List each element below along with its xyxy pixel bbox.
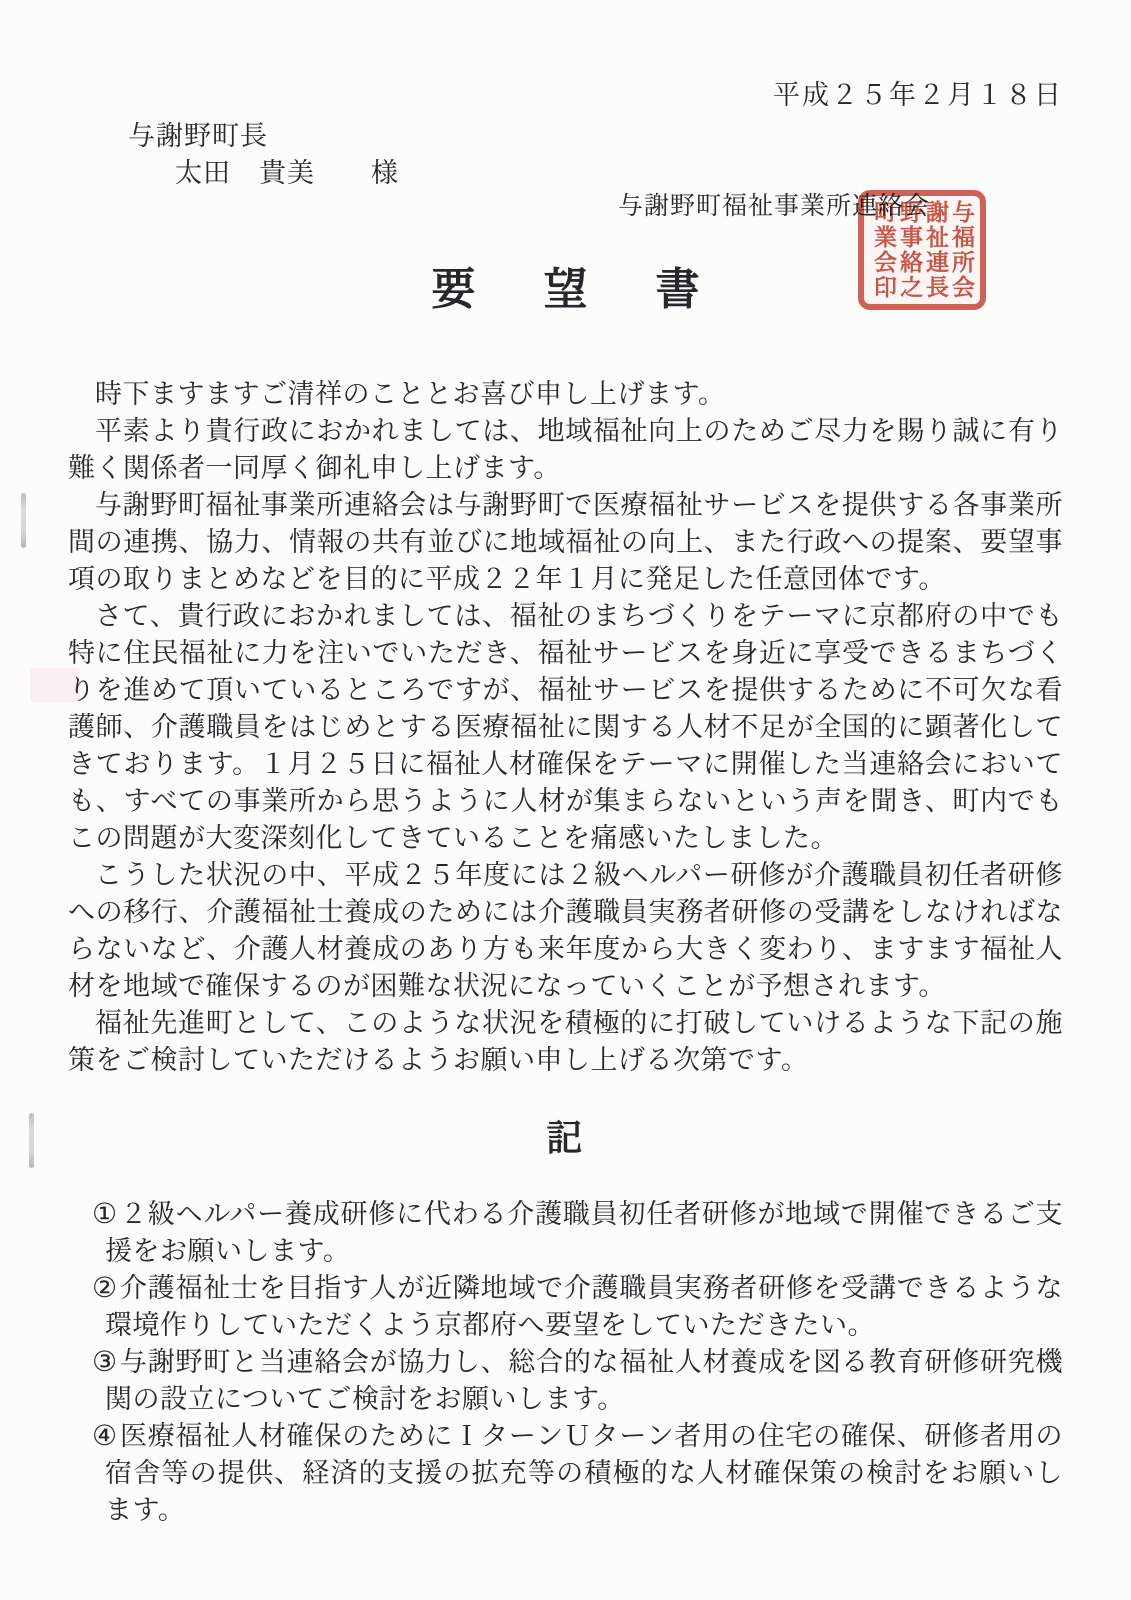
- document-page: 平成２５年２月１８日 与謝野町長 太田 貴美 様 与謝野町福祉事業所連絡会 与謝…: [0, 0, 1131, 1600]
- seal-column-1: 与謝野町: [870, 200, 974, 225]
- letter-body: 時下ますますご清祥のこととお喜び申し上げます。 平素より貴行政におかれましては、…: [68, 376, 1063, 1079]
- item-text: 介護福祉士を目指す人が近隣地域で介護職員実務者研修を受講できるような環境作りして…: [105, 1273, 1063, 1340]
- request-list: ①２級ヘルパー養成研修に代わる介護職員初任者研修が地域で開催できるご支援をお願い…: [68, 1196, 1063, 1529]
- section-heading-ki: 記: [68, 1116, 1063, 1160]
- body-paragraph: さて、貴行政におかれましては、福祉のまちづくりをテーマに京都府の中でも特に住民福…: [68, 598, 1063, 857]
- addressee-name: 太田 貴美 様: [68, 155, 1063, 192]
- item-text: 与謝野町と当連絡会が協力し、総合的な福祉人材養成を図る教育研修研究機関の設立につ…: [105, 1347, 1063, 1414]
- item-number-icon: ①: [92, 1196, 118, 1233]
- item-number-icon: ④: [92, 1418, 118, 1455]
- addressee-title: 与謝野町長: [68, 118, 1063, 155]
- staple-mark-top: [21, 493, 26, 548]
- body-paragraph: 平素より貴行政におかれましては、地域福祉向上のためご尽力を賜り誠に有り難く関係者…: [68, 413, 1063, 487]
- seal-column-4: 会長之印: [870, 275, 974, 300]
- organization-seal-stamp: 与謝野町 福祉事業 所連絡会 会長之印: [858, 190, 986, 310]
- body-paragraph: 与謝野町福祉事業所連絡会は与謝野町で医療福祉サービスを提供する各事業所間の連携、…: [68, 487, 1063, 598]
- item-text: ２級ヘルパー養成研修に代わる介護職員初任者研修が地域で開催できるご支援をお願いし…: [105, 1199, 1063, 1266]
- letter-content: 平成２５年２月１８日 与謝野町長 太田 貴美 様 与謝野町福祉事業所連絡会 与謝…: [68, 77, 1063, 1529]
- request-item: ①２級ヘルパー養成研修に代わる介護職員初任者研修が地域で開催できるご支援をお願い…: [68, 1196, 1063, 1270]
- seal-column-2: 福祉事業: [870, 225, 974, 250]
- seal-column-3: 所連絡会: [870, 250, 974, 275]
- item-number-icon: ②: [92, 1270, 118, 1307]
- seal-text: 与謝野町 福祉事業 所連絡会 会長之印: [870, 200, 974, 300]
- body-paragraph: こうした状況の中、平成２５年度には２級ヘルパー研修が介護職員初任者研修への移行、…: [68, 857, 1063, 1005]
- body-paragraph: 福祉先進町として、このような状況を積極的に打破していけるような下記の施策をご検討…: [68, 1005, 1063, 1079]
- staple-mark-bottom: [29, 1113, 34, 1168]
- request-item: ③与謝野町と当連絡会が協力し、総合的な福祉人材養成を図る教育研修研究機関の設立に…: [68, 1344, 1063, 1418]
- item-text: 医療福祉人材確保のためにＩターンＵターン者用の住宅の確保、研修者用の宿舎等の提供…: [105, 1421, 1063, 1525]
- body-paragraph: 時下ますますご清祥のこととお喜び申し上げます。: [68, 376, 1063, 413]
- request-item: ②介護福祉士を目指す人が近隣地域で介護職員実務者研修を受講できるような環境作りし…: [68, 1270, 1063, 1344]
- sender-row: 与謝野町福祉事業所連絡会 与謝野町 福祉事業 所連絡会 会長之印: [68, 188, 1063, 225]
- date-line: 平成２５年２月１８日: [68, 77, 1063, 114]
- item-number-icon: ③: [92, 1344, 118, 1381]
- request-item: ④医療福祉人材確保のためにＩターンＵターン者用の住宅の確保、研修者用の宿舎等の提…: [68, 1418, 1063, 1529]
